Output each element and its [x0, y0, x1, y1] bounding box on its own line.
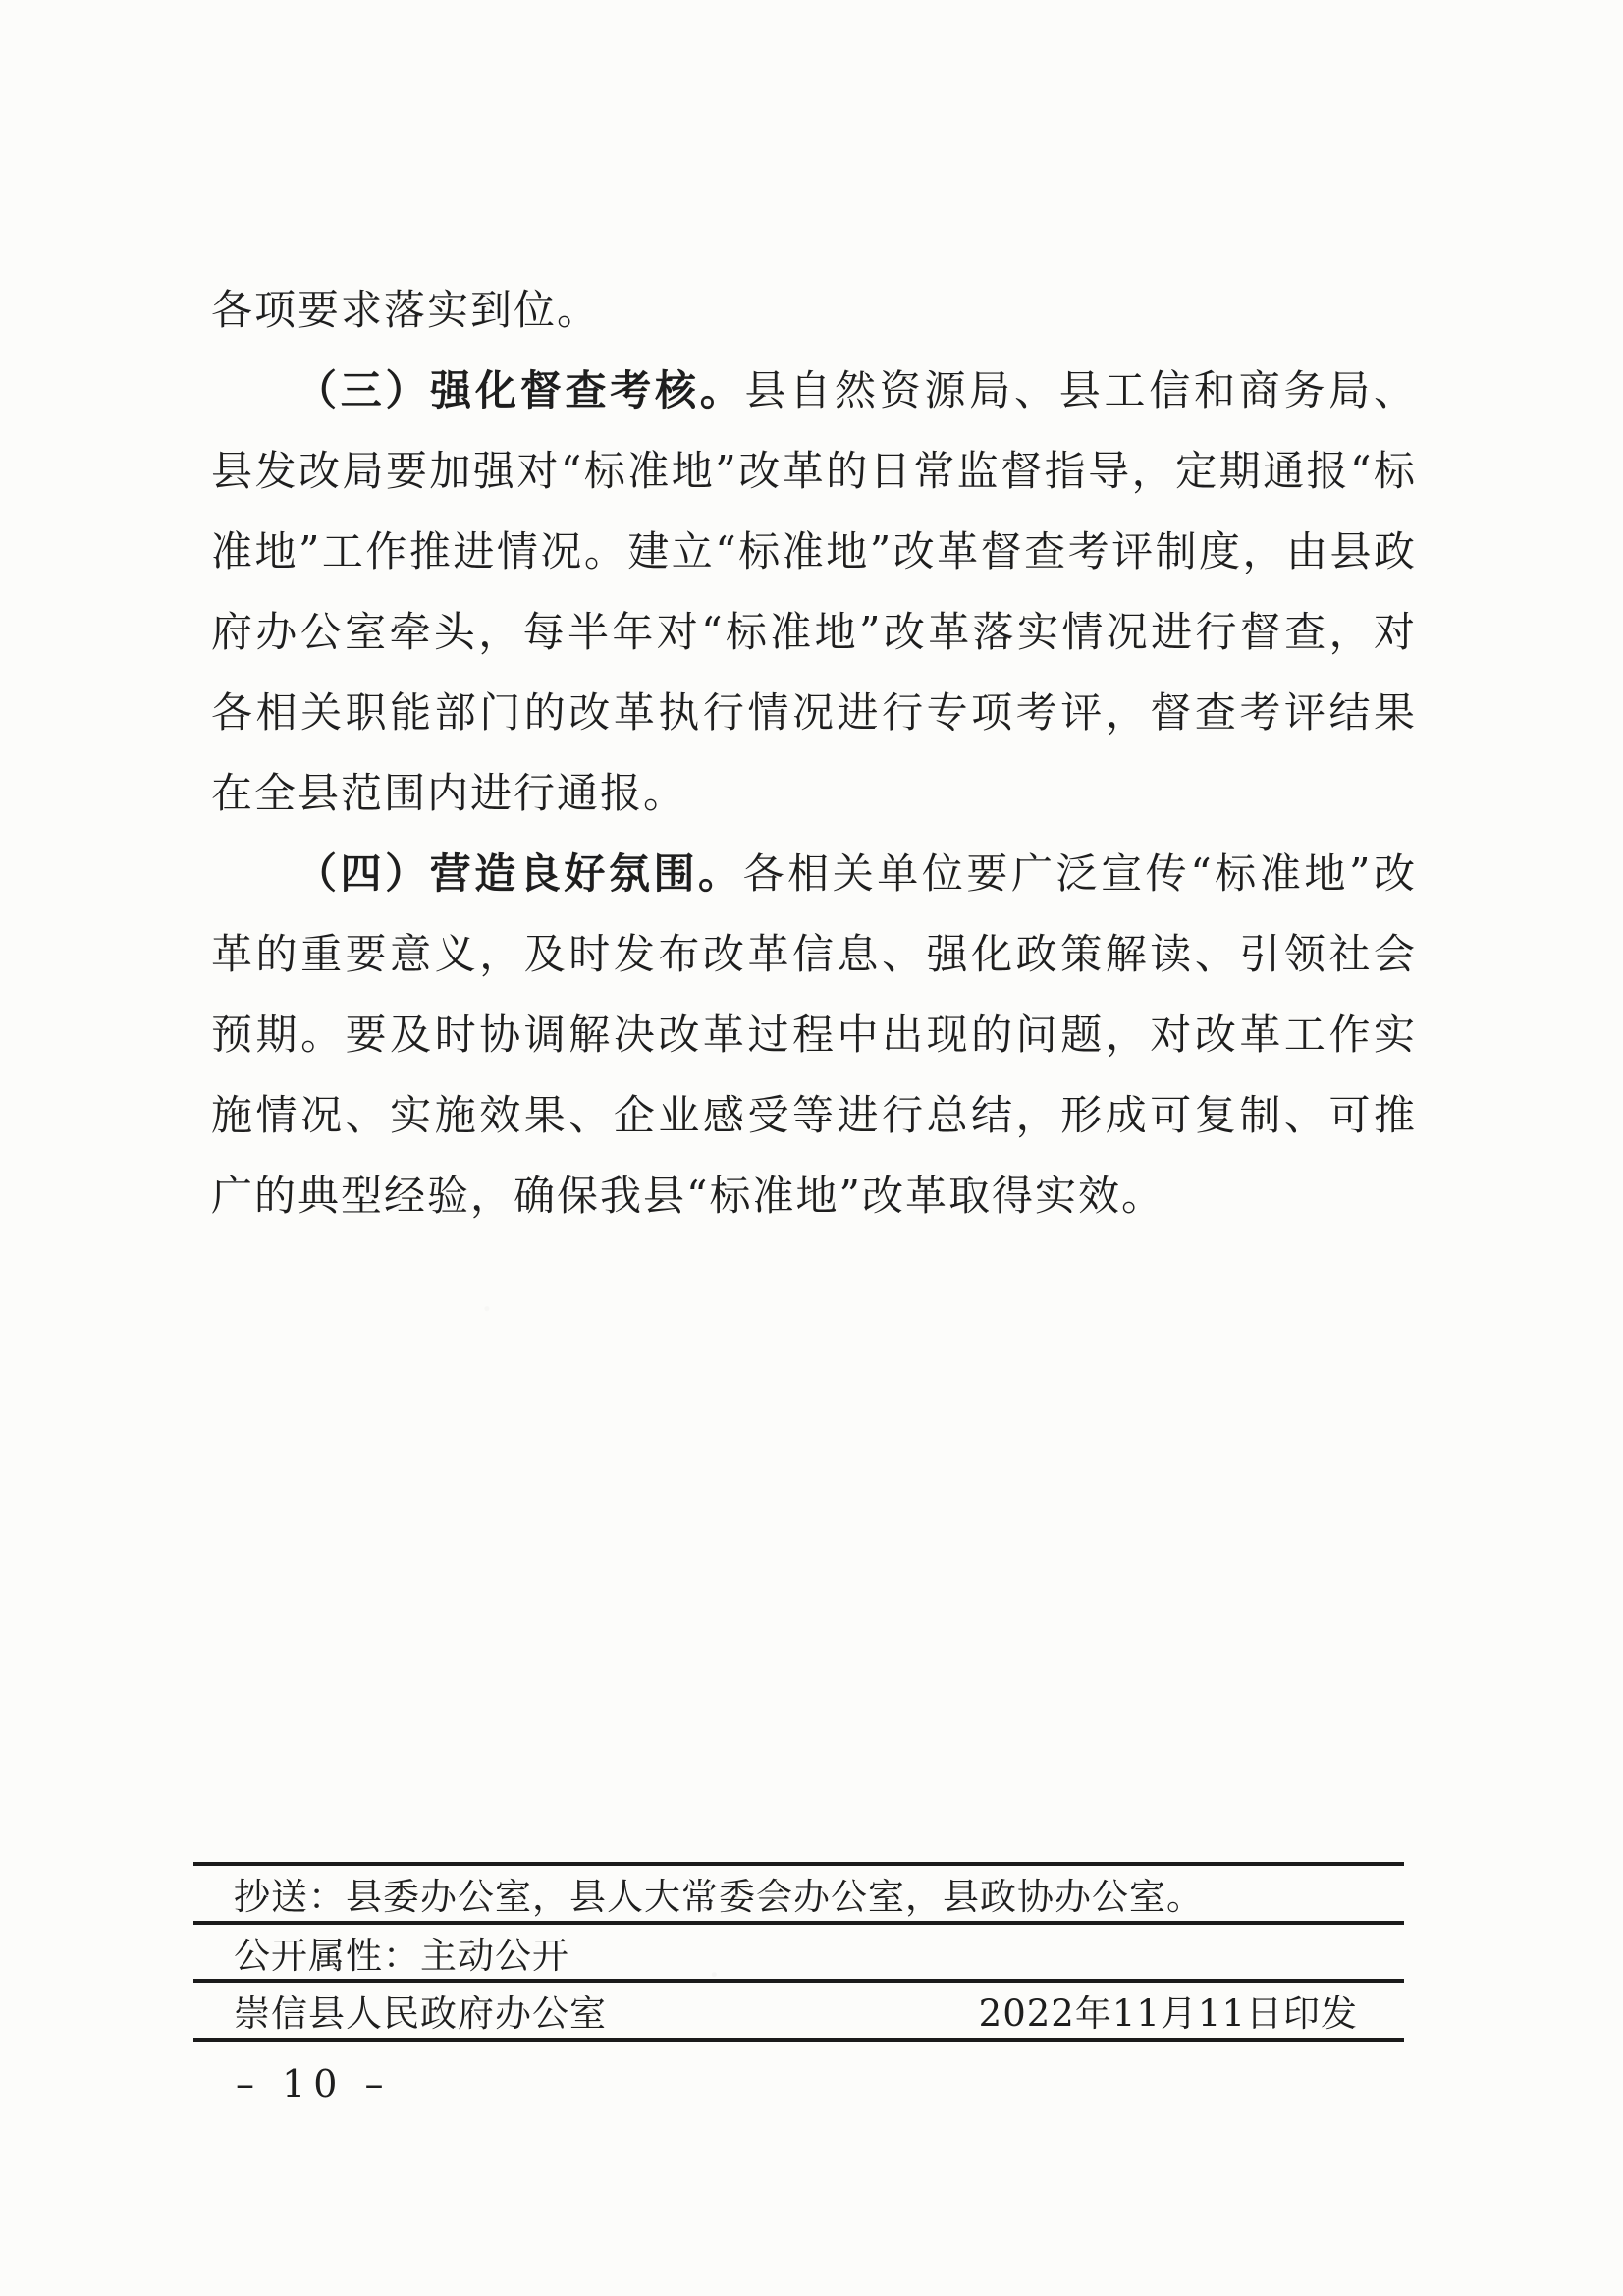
document-page: 各项要求落实到位。 （三）强化督查考核。县自然资源局、县工信和商务局、县发改局要… [0, 0, 1623, 2296]
publicity-row: 公开属性：主动公开 [193, 1925, 1404, 1979]
cc-row: 抄送：县委办公室，县人大常委会办公室，县政协办公室。 [193, 1866, 1404, 1921]
document-footer: 抄送：县委办公室，县人大常委会办公室，县政协办公室。 公开属性：主动公开 崇信县… [193, 1862, 1404, 2042]
footer-rule-bottom [193, 2038, 1404, 2042]
section-4-body: 各相关单位要广泛宣传“标准地”改革的重要意义，及时发布改革信息、强化政策解读、引… [211, 849, 1417, 1220]
page-number: – 10 – [236, 2062, 392, 2105]
publicity-text: 公开属性：主动公开 [234, 1926, 569, 1979]
cc-text: 抄送：县委办公室，县人大常委会办公室，县政协办公室。 [234, 1867, 1204, 1920]
section-3-heading: （三）强化督查考核。 [296, 366, 745, 414]
paragraph-section-3: （三）强化督查考核。县自然资源局、县工信和商务局、县发改局要加强对“标准地”改革… [211, 351, 1417, 834]
paragraph-section-4: （四）营造良好氛围。各相关单位要广泛宣传“标准地”改革的重要意义，及时发布改革信… [211, 834, 1417, 1236]
document-body: 各项要求落实到位。 （三）强化督查考核。县自然资源局、县工信和商务局、县发改局要… [211, 270, 1417, 1236]
print-date-text: 2022年11月11日印发 [979, 1984, 1358, 2037]
paragraph-continuation: 各项要求落实到位。 [211, 270, 1417, 351]
section-3-body: 县自然资源局、县工信和商务局、县发改局要加强对“标准地”改革的日常监督指导，定期… [211, 366, 1417, 817]
section-4-heading: （四）营造良好氛围。 [296, 849, 743, 898]
issuer-text: 崇信县人民政府办公室 [234, 1984, 607, 2037]
paragraph-text: 各项要求落实到位。 [211, 286, 600, 334]
issuer-row: 崇信县人民政府办公室 2022年11月11日印发 [193, 1983, 1404, 2038]
